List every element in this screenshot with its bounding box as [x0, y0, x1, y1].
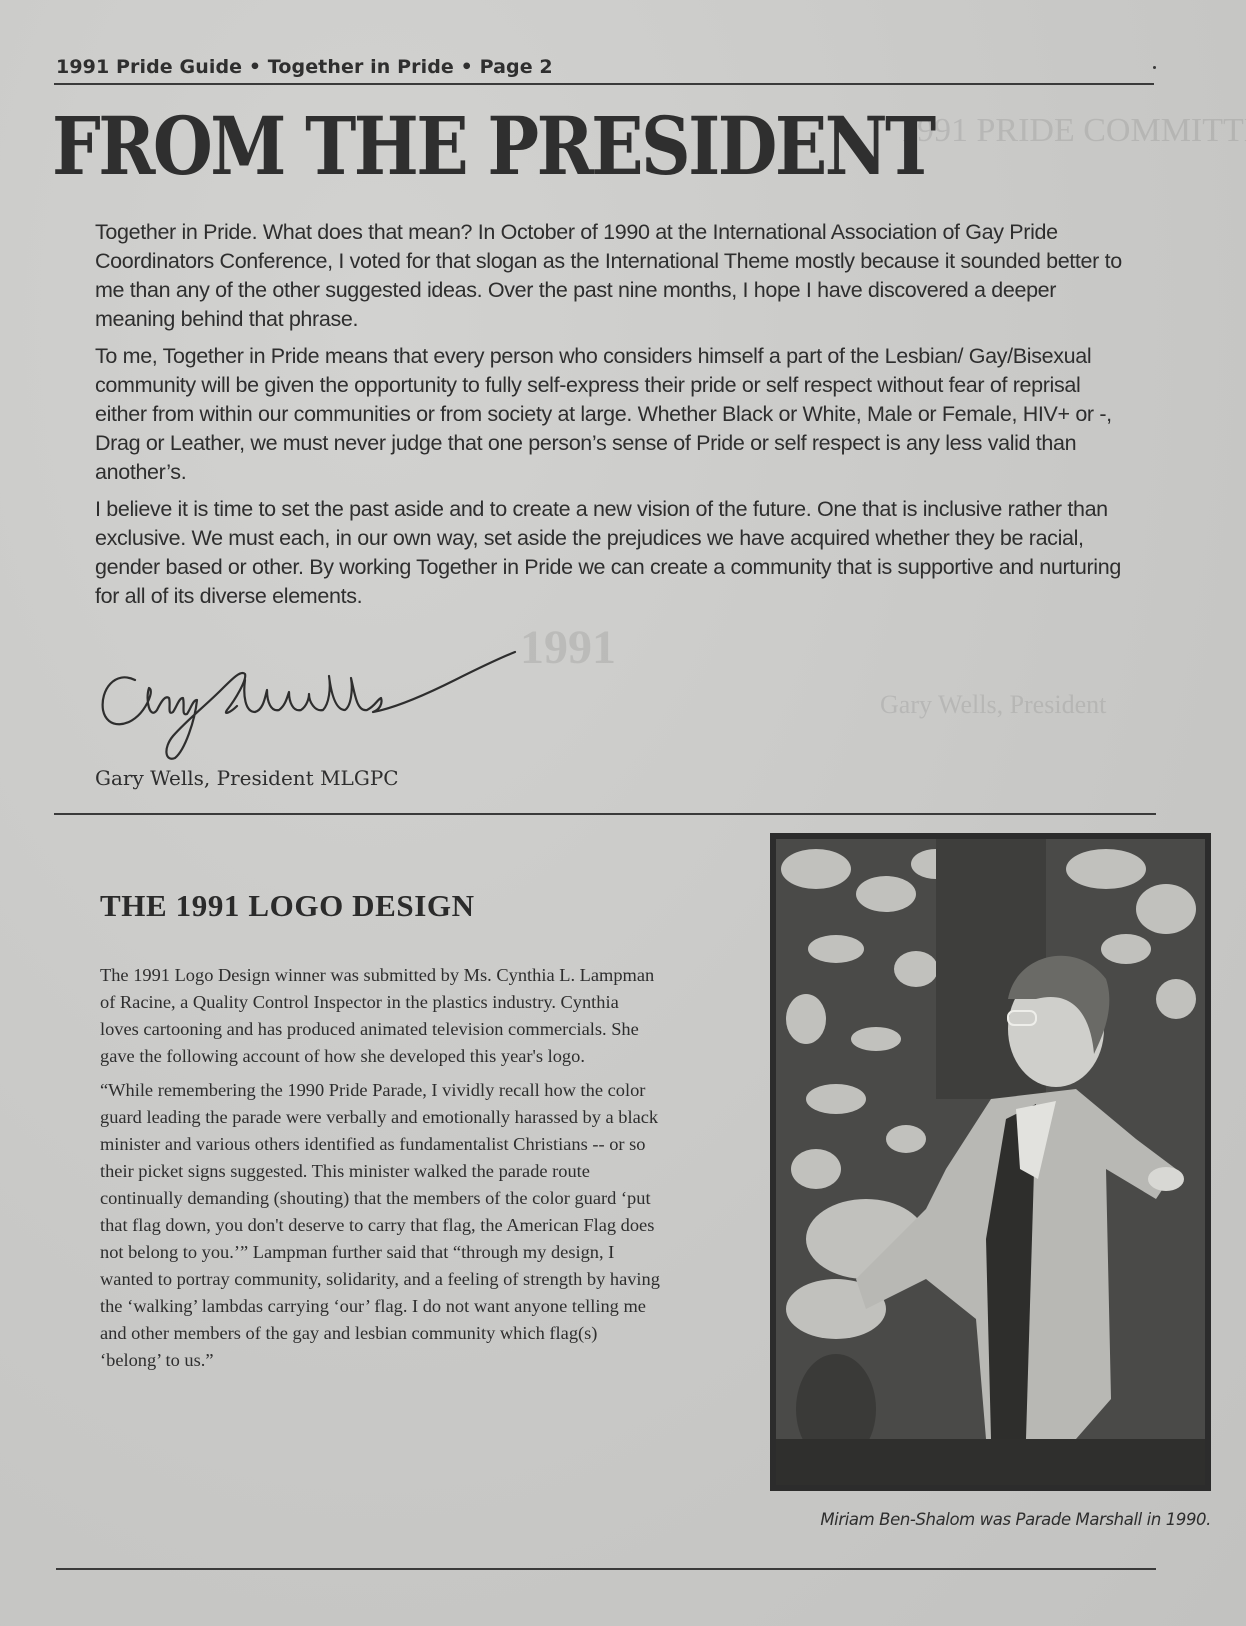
page-title: FROM THE PRESIDENT	[52, 98, 934, 194]
president-letter-body: Together in Pride. What does that mean? …	[95, 218, 1125, 619]
article-paragraph: The 1991 Logo Design winner was submitte…	[100, 962, 660, 1070]
article-title: THE 1991 LOGO DESIGN	[100, 888, 475, 924]
letter-paragraph: I believe it is time to set the past asi…	[95, 495, 1125, 611]
newspaper-page: 1991 PRIDE COMMITTEE 1991 Gary Wells, Pr…	[0, 0, 1246, 1626]
header-rule	[54, 83, 1154, 85]
parade-marshall-photo	[770, 833, 1211, 1491]
section-divider	[54, 813, 1156, 815]
photo-caption: Miriam Ben-Shalom was Parade Marshall in…	[770, 1510, 1211, 1529]
print-speck	[1153, 66, 1156, 69]
footer-rule	[56, 1568, 1156, 1570]
bleed-through-text: Gary Wells, President	[880, 690, 1106, 720]
bleed-through-text: 1991 PRIDE COMMITTEE	[900, 112, 1246, 150]
signature-icon	[95, 640, 535, 760]
logo-article-body: The 1991 Logo Design winner was submitte…	[100, 962, 660, 1381]
letter-paragraph: Together in Pride. What does that mean? …	[95, 218, 1125, 334]
running-header: 1991 Pride Guide • Together in Pride • P…	[56, 56, 553, 78]
signer-name: Gary Wells, President MLGPC	[95, 766, 399, 790]
letter-paragraph: To me, Together in Pride means that ever…	[95, 342, 1125, 487]
article-paragraph: “While remembering the 1990 Pride Parade…	[100, 1077, 660, 1374]
